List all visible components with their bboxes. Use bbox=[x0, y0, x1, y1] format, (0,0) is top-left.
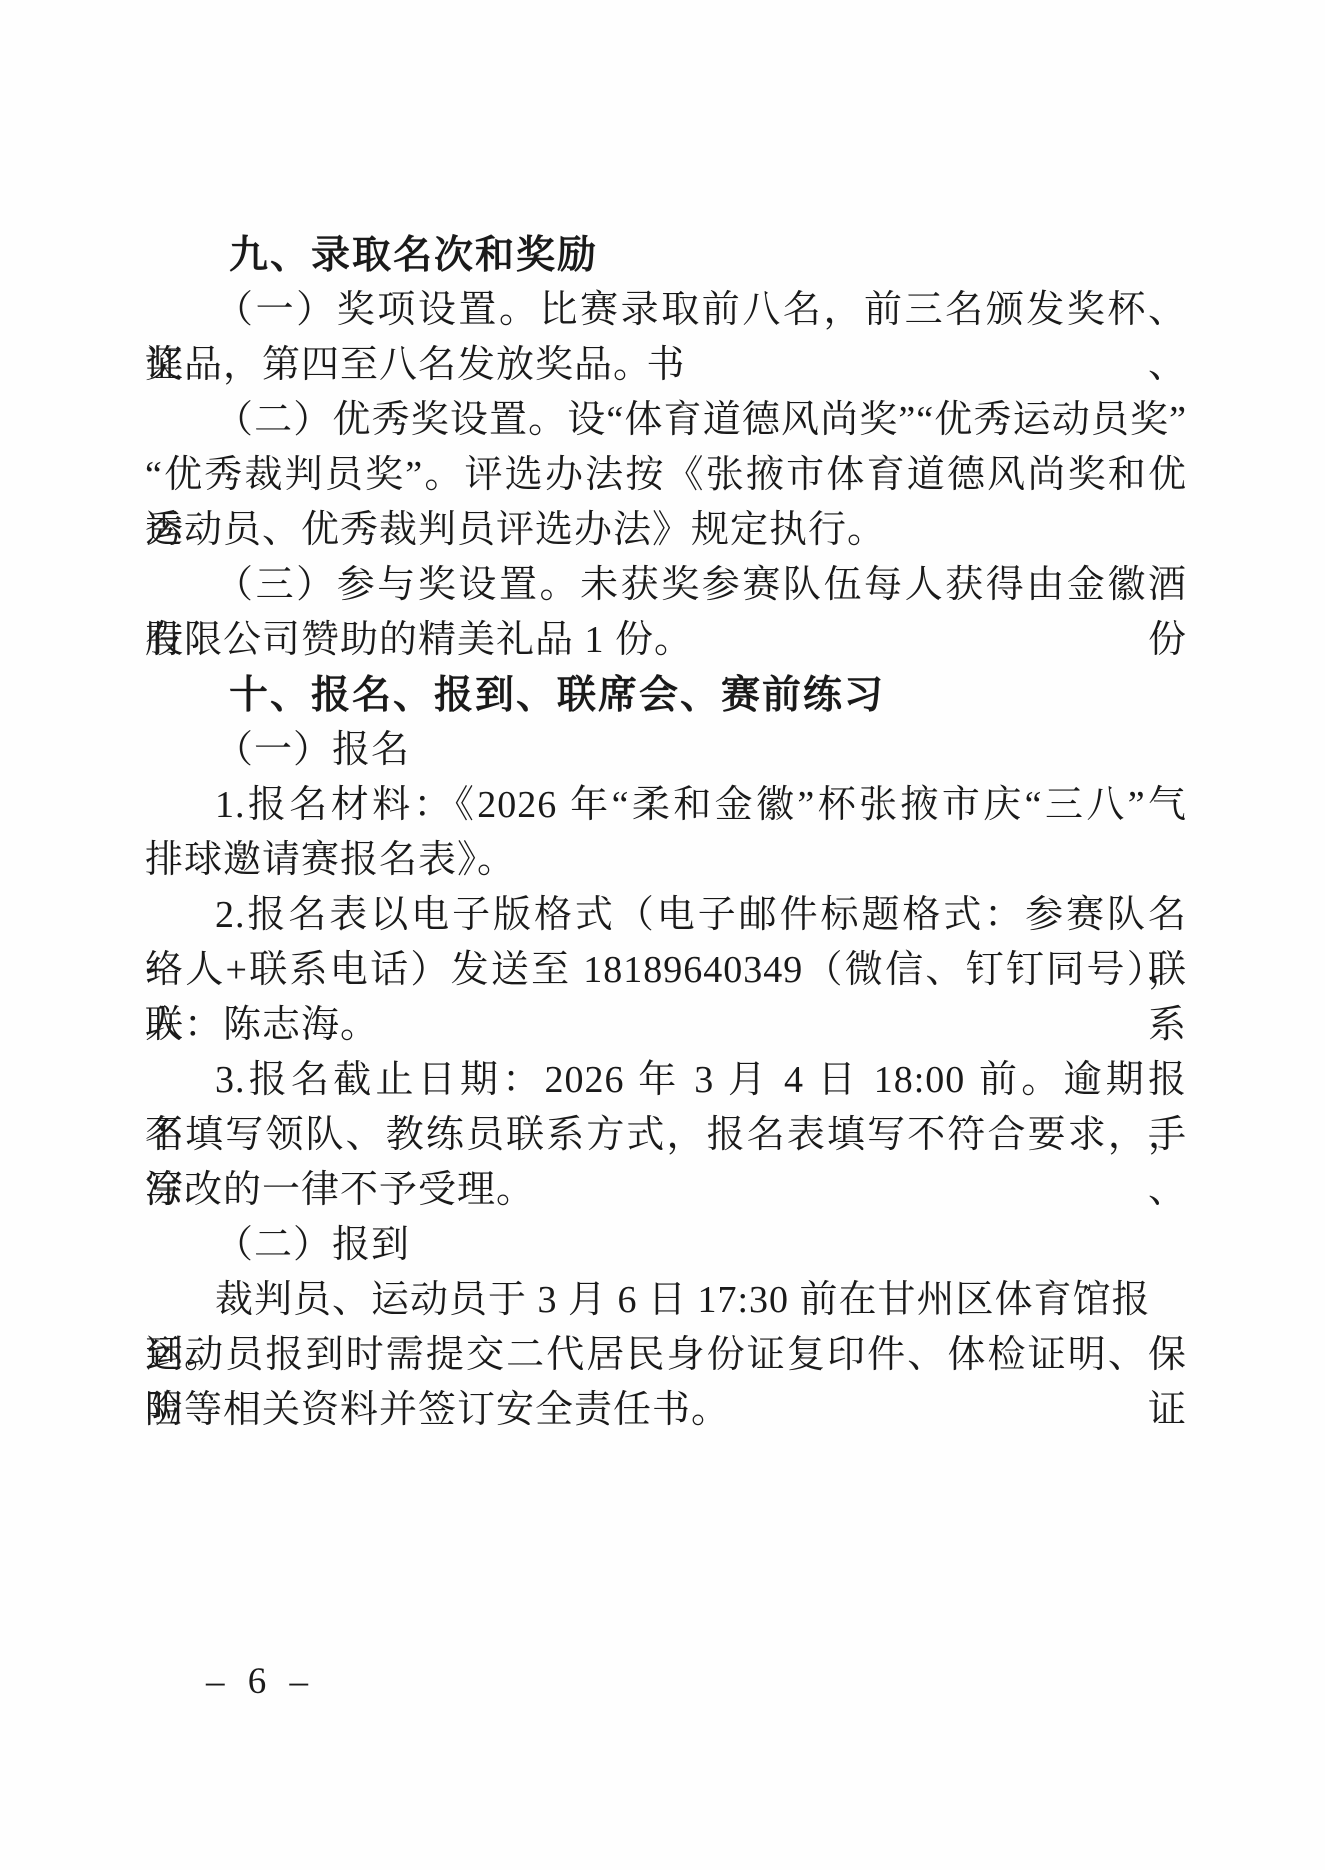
doc-line: （三）参与奖设置。未获奖参赛队伍每人获得由金徽酒股份 bbox=[145, 558, 1187, 613]
doc-line: （一）奖项设置。比赛录取前八名，前三名颁发奖杯、证书、 bbox=[145, 283, 1187, 338]
doc-line: （一）报名 bbox=[145, 723, 1187, 778]
document-body: 九、录取名次和奖励 （一）奖项设置。比赛录取前八名，前三名颁发奖杯、证书、 奖品… bbox=[145, 228, 1187, 1438]
doc-line: （二）报到 bbox=[145, 1218, 1187, 1273]
doc-line: 排球邀请赛报名表》。 bbox=[145, 833, 1187, 888]
doc-line: 络人+联系电话）发送至 18189640349（微信、钉钉同号），联系 bbox=[145, 943, 1187, 998]
page-number: – 6 – bbox=[206, 1660, 315, 1703]
doc-line: 3.报名截止日期：2026 年 3 月 4 日 18:00 前。逾期报名， bbox=[145, 1053, 1187, 1108]
doc-line: “优秀裁判员奖”。评选办法按《张掖市体育道德风尚奖和优秀 bbox=[145, 448, 1187, 503]
doc-line: 裁判员、运动员于 3 月 6 日 17:30 前在甘州区体育馆报到。 bbox=[145, 1273, 1187, 1328]
scanned-document-page: 九、录取名次和奖励 （一）奖项设置。比赛录取前八名，前三名颁发奖杯、证书、 奖品… bbox=[0, 0, 1325, 1870]
doc-line: （二）优秀奖设置。设“体育道德风尚奖”“优秀运动员奖” bbox=[145, 393, 1187, 448]
doc-line: 2.报名表以电子版格式（电子邮件标题格式：参赛队名+联 bbox=[145, 888, 1187, 943]
section-heading-ten: 十、报名、报到、联席会、赛前练习 bbox=[145, 668, 1187, 723]
doc-line: 1.报名材料：《2026 年“柔和金徽”杯张掖市庆“三八”气 bbox=[145, 778, 1187, 833]
doc-line: 不填写领队、教练员联系方式，报名表填写不符合要求，手写、 bbox=[145, 1108, 1187, 1163]
doc-line: 运动员、优秀裁判员评选办法》规定执行。 bbox=[145, 503, 1187, 558]
doc-line: 运动员报到时需提交二代居民身份证复印件、体检证明、保险证 bbox=[145, 1328, 1187, 1383]
section-heading-nine: 九、录取名次和奖励 bbox=[145, 228, 1187, 283]
